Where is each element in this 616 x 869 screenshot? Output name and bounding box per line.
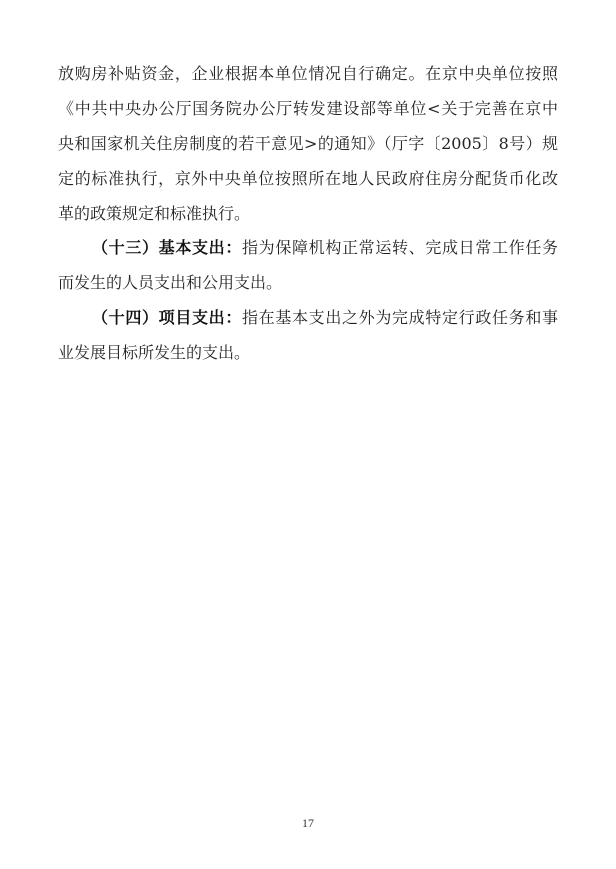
paragraph-line: 革的政策规定和标准执行。: [58, 204, 558, 224]
paragraph-line: 放购房补贴资金，企业根据本单位情况自行确定。在京中央单位按照: [58, 64, 558, 84]
paragraph-line: 业发展目标所发生的支出。: [58, 343, 558, 363]
section-13-heading: （十三）基本支出：: [92, 238, 242, 257]
paragraph-line: 《中共中央办公厅国务院办公厅转发建设部等单位<关于完善在京中: [58, 99, 558, 119]
section-13-first-line: （十三）基本支出：指为保障机构正常运转、完成日常工作任务: [92, 238, 558, 258]
paragraph-line: 定的标准执行，京外中央单位按照所在地人民政府住房分配货币化改: [58, 169, 558, 189]
section-14-first-line: （十四）项目支出：指在基本支出之外为完成特定行政任务和事: [92, 308, 558, 328]
section-14-heading: （十四）项目支出：: [92, 308, 242, 327]
document-page: 放购房补贴资金，企业根据本单位情况自行确定。在京中央单位按照 《中共中央办公厅国…: [0, 0, 616, 869]
paragraph-line: 央和国家机关住房制度的若干意见>的通知》（厅字〔2005〕8号）规: [58, 134, 558, 154]
paragraph-line: 而发生的人员支出和公用支出。: [58, 273, 558, 293]
section-14-text: 指在基本支出之外为完成特定行政任务和事: [242, 308, 558, 327]
section-13-text: 指为保障机构正常运转、完成日常工作任务: [242, 238, 558, 257]
page-number: 17: [0, 816, 616, 831]
